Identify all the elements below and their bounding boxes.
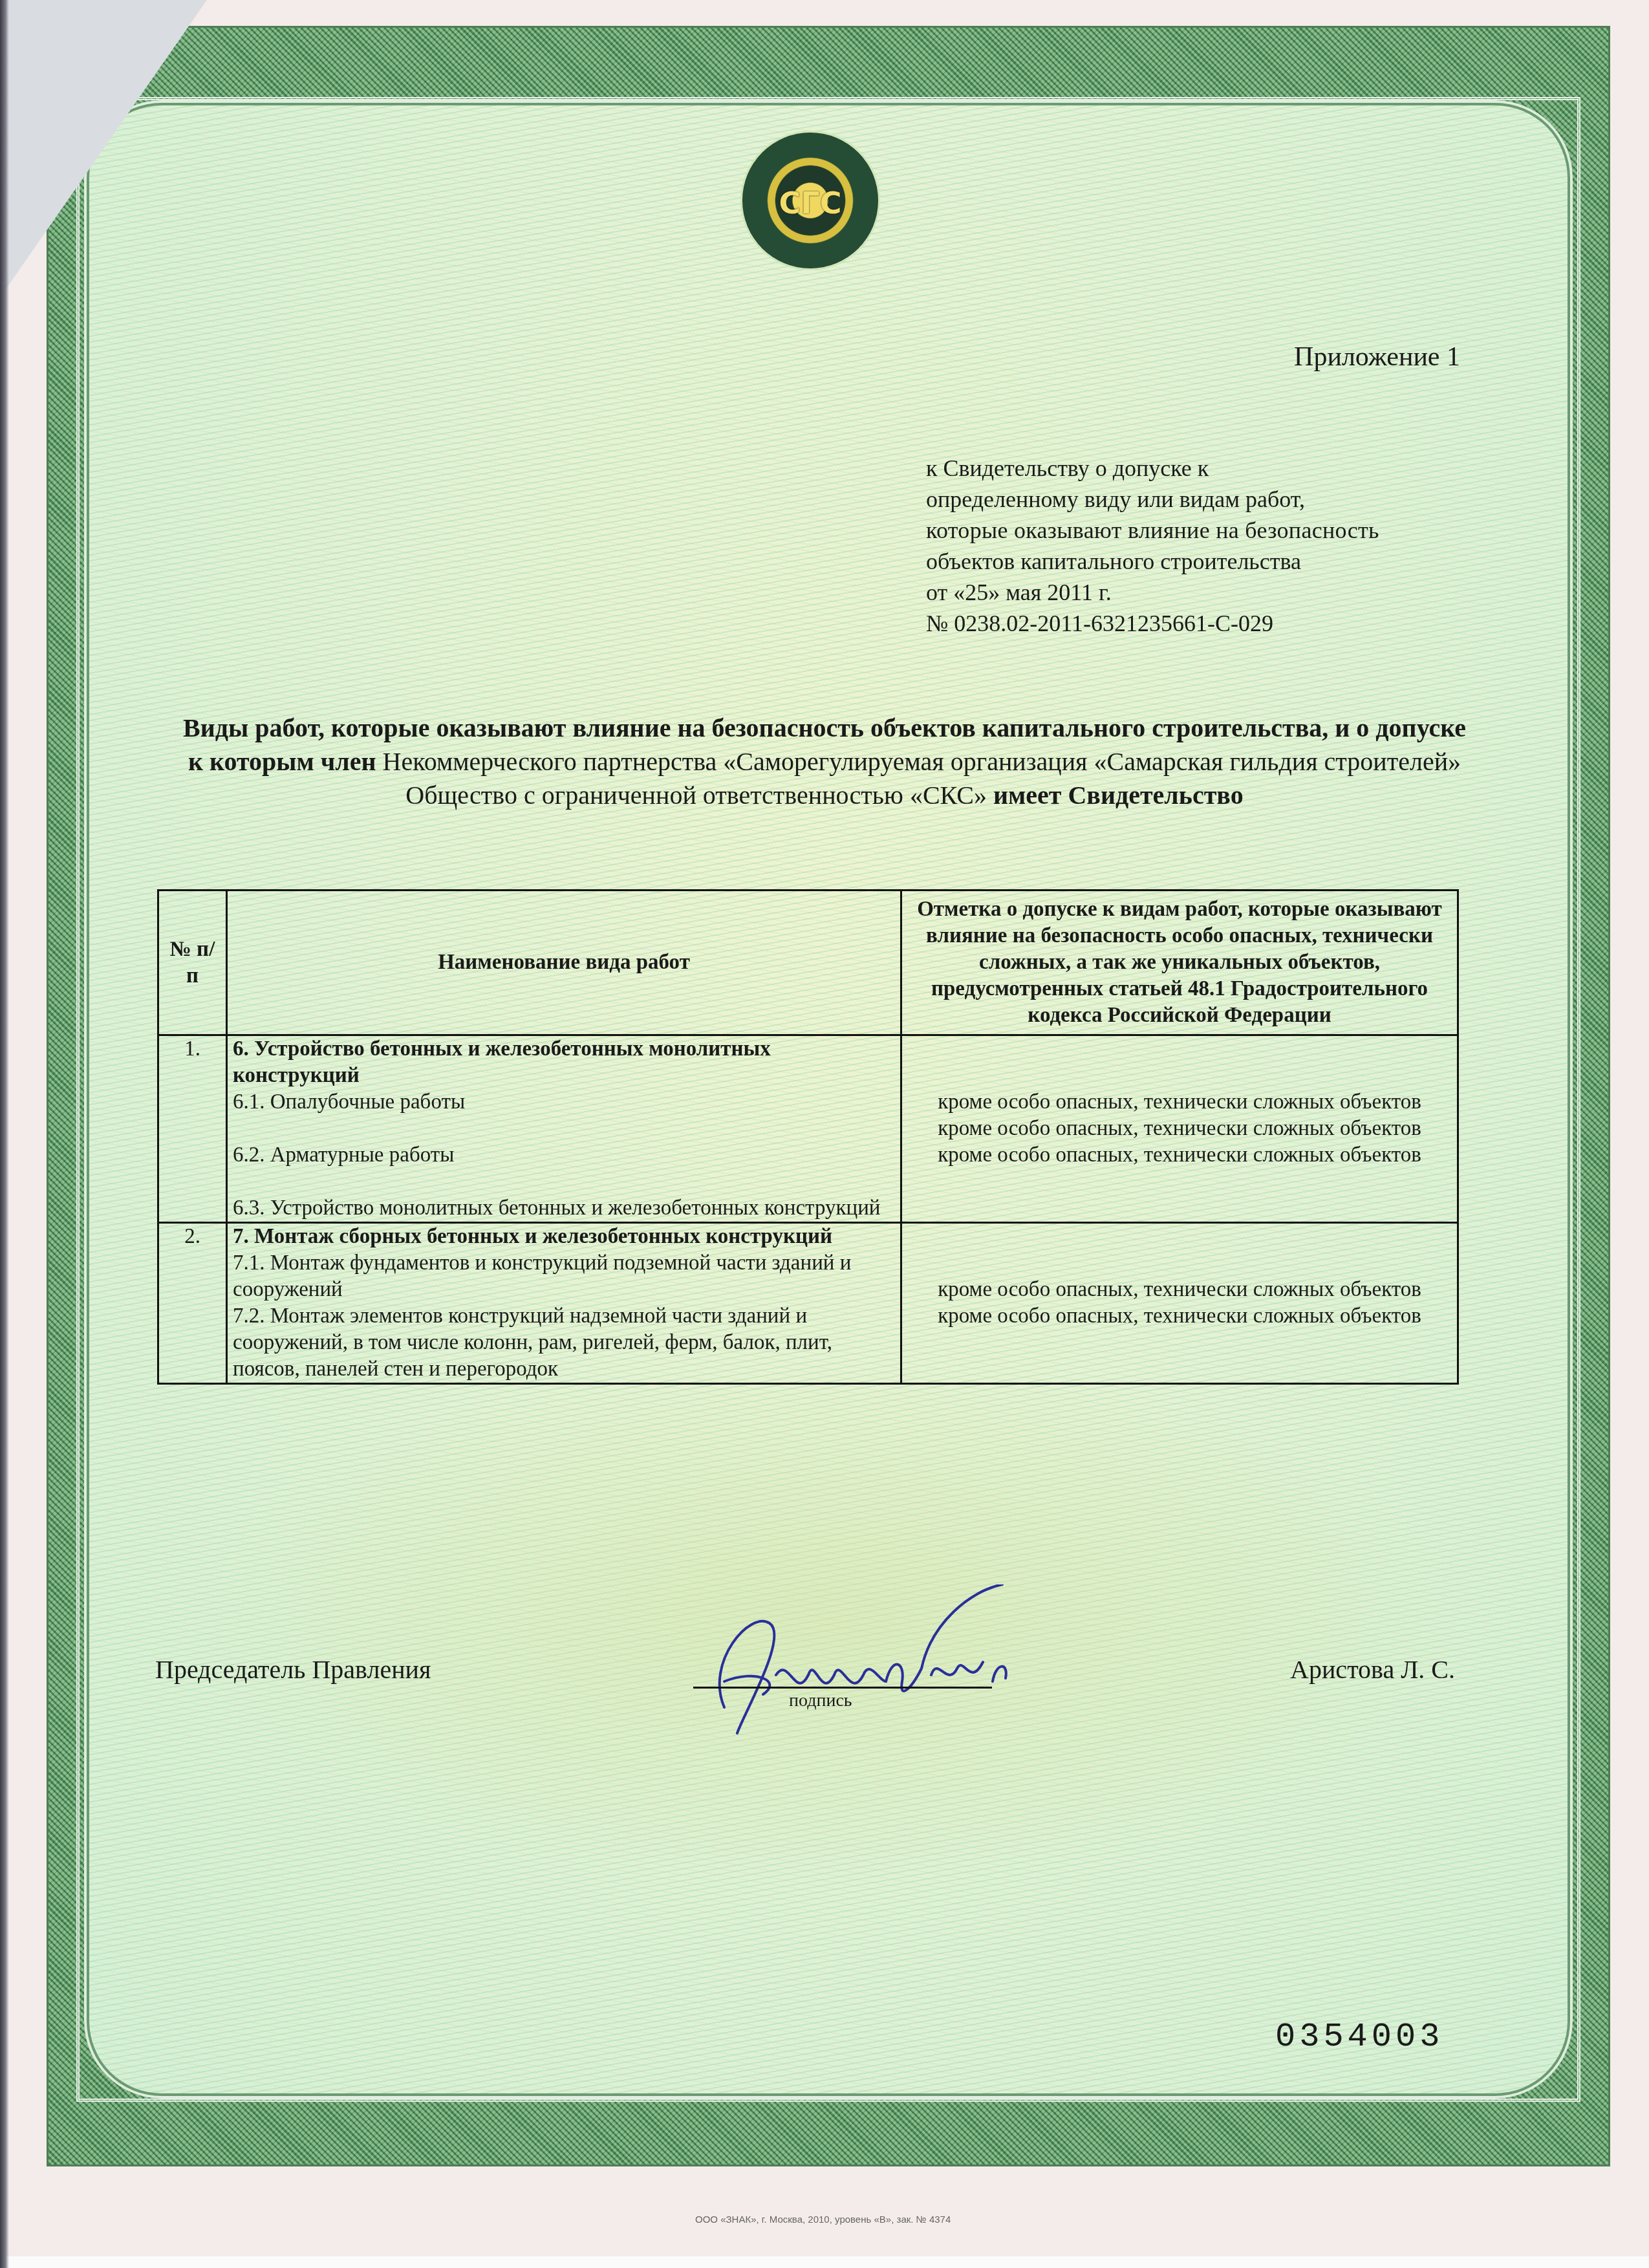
sro-hologram-emblem-icon: СГС	[742, 133, 878, 268]
row-num: 1.	[158, 1035, 227, 1223]
work-types-table: № п/п Наименование вида работ Отметка о …	[157, 889, 1459, 1385]
reference-line: определенному виду или видам работ,	[926, 484, 1463, 515]
signature-line	[693, 1687, 992, 1689]
scan-edge-shadow	[0, 0, 9, 2268]
reference-line: объектов капитального строительства	[926, 546, 1463, 577]
reference-line: которые оказывают влияние на безопасност…	[926, 515, 1463, 546]
printer-imprint: ООО «ЗНАК», г. Москва, 2010, уровень «В»…	[695, 2214, 951, 2225]
table-row: 2. 7. Монтаж сборных бетонных и железобе…	[158, 1223, 1458, 1384]
work-item: 7.2. Монтаж элементов конструкций надзем…	[233, 1303, 895, 1383]
signature-caption: подпись	[789, 1690, 852, 1711]
table-row: 1. 6. Устройство бетонных и железобетонн…	[158, 1035, 1458, 1223]
section-title: 7. Монтаж сборных бетонных и железобетон…	[233, 1224, 895, 1250]
emblem-mark: СГС	[779, 186, 842, 221]
row-num: 2.	[158, 1223, 227, 1384]
reference-number: № 0238.02-2011-6321235661-С-029	[926, 608, 1463, 639]
section-title: 6. Устройство бетонных и железобетонных …	[233, 1036, 895, 1089]
page-curl-corner	[0, 0, 207, 297]
annex-label: Приложение 1	[1294, 341, 1460, 373]
document-title: Виды работ, которые оказывают влияние на…	[175, 711, 1474, 812]
permission-mark: кроме особо опасных, технически сложных …	[907, 1116, 1452, 1142]
table-header-row: № п/п Наименование вида работ Отметка о …	[158, 891, 1458, 1035]
work-item: 6.1. Опалубочные работы	[233, 1089, 895, 1116]
scan-bottom-edge	[0, 2256, 1649, 2268]
work-item: 6.2. Арматурные работы	[233, 1142, 895, 1169]
work-item: 7.1. Монтаж фундаментов и конструкций по…	[233, 1250, 895, 1303]
permission-mark: кроме особо опасных, технически сложных …	[907, 1303, 1452, 1330]
header-mark: Отметка о допуске к видам работ, которые…	[901, 891, 1458, 1035]
signatory-role: Председатель Правления	[155, 1654, 431, 1685]
permission-mark: кроме особо опасных, технически сложных …	[907, 1142, 1452, 1169]
reference-line: к Свидетельству о допуске к	[926, 453, 1463, 484]
title-bold-2: имеет Свидетельство	[993, 781, 1244, 810]
header-name: Наименование вида работ	[227, 891, 901, 1035]
form-serial-number: 0354003	[1275, 2018, 1443, 2056]
title-organization: Некоммерческого партнерства «Саморегулир…	[383, 747, 1461, 810]
permission-mark: кроме особо опасных, технически сложных …	[907, 1089, 1452, 1116]
certificate-reference: к Свидетельству о допуске к определенном…	[926, 453, 1463, 639]
signatory-name: Аристова Л. С.	[1290, 1654, 1455, 1685]
permission-mark: кроме особо опасных, технически сложных …	[907, 1277, 1452, 1303]
handwritten-signature-icon	[698, 1584, 1086, 1753]
work-item: 6.3. Устройство монолитных бетонных и же…	[233, 1195, 895, 1222]
header-num: № п/п	[158, 891, 227, 1035]
reference-date: от «25» мая 2011 г.	[926, 577, 1463, 608]
